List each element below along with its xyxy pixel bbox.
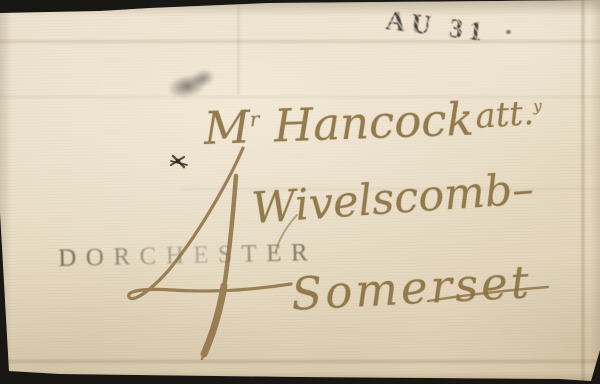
town-name: Wivelscomb [250, 166, 514, 234]
town-flourish: – [510, 164, 535, 215]
datestamp-au31: AU 31 [384, 5, 490, 48]
addressee-name: Hancock [273, 93, 475, 153]
address-line-county: Somerset [290, 255, 533, 321]
addressee-prefix-superscript: r [249, 107, 260, 131]
letter-sheet: AU 31 DORCHESTER Mr Hancock att.y Wivels… [0, 0, 600, 384]
fold-crease-horizontal-top [0, 38, 600, 45]
fold-crease-horizontal-bottom [0, 358, 600, 365]
town-stamp-dorchester: DORCHESTER [58, 239, 317, 273]
address-line-addressee: Mr Hancock [203, 93, 475, 155]
addressee-occupation: att.y [474, 92, 544, 137]
letter-photo: AU 31 DORCHESTER Mr Hancock att.y Wivels… [0, 0, 600, 384]
stray-ink-dot [506, 30, 511, 34]
ink-blot-cross [171, 156, 187, 167]
addressee-prefix: M [203, 100, 251, 155]
fold-crease-vertical-top [236, 0, 241, 95]
occupation-abbreviation: att. [474, 93, 535, 137]
fold-crease-vertical-right [580, 0, 586, 384]
occupation-superscript: y [533, 97, 543, 116]
address-line-town: Wivelscomb– [250, 164, 535, 234]
